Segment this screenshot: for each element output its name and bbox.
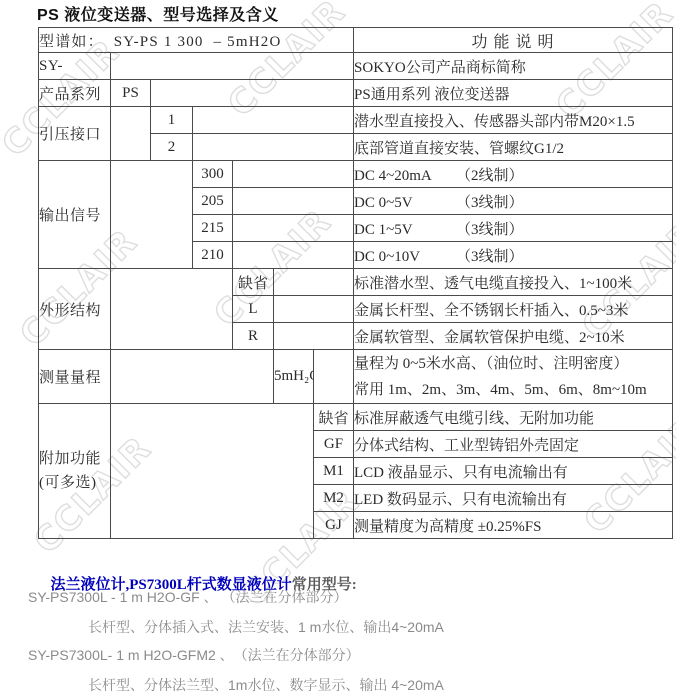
additional-function-code: 缺省 xyxy=(314,404,354,431)
model-description: 长杆型、分体插入式、法兰安装、1 m水位、输出4~20mA xyxy=(88,617,676,637)
structure-code: 缺省 xyxy=(233,269,274,296)
empty-cell xyxy=(151,80,354,107)
range-desc-line1: 量程为 0~5米水高、（油位时、注明密度） xyxy=(354,351,672,377)
empty-cell xyxy=(274,269,354,296)
model-example: 型谱如： SY-PS 1 300 – 5mH2O xyxy=(39,28,354,53)
output-signal-code: 300 xyxy=(193,161,233,188)
signal-range: DC 0~10V xyxy=(354,249,456,266)
model-number: SY-PS7300L- 1 m H2O-GFM2 、 （法兰在分体部分） xyxy=(28,645,676,665)
empty-cell xyxy=(233,161,354,188)
model-spec-table: 型谱如： SY-PS 1 300 – 5mH2O 功 能 说 明 SY- SOK… xyxy=(38,27,673,539)
page: CCLAIR CCLAIR CCLAIR CCLAIR CCLAIR CCLAI… xyxy=(0,0,676,696)
output-signal-code: 210 xyxy=(193,242,233,269)
brand-desc: SOKYO公司产品商标简称 xyxy=(354,53,673,80)
empty-cell xyxy=(274,296,354,323)
empty-cell xyxy=(111,53,354,80)
model-number: SY-PS7300L - 1 m H2O-GF 、 （法兰在分体部分） xyxy=(28,587,676,607)
output-signal-desc: DC 0~5V（3线制） xyxy=(354,188,673,215)
range-code: 5mH₂O xyxy=(274,350,314,404)
wire-type: （2线制） xyxy=(456,168,524,184)
additional-function-desc: LED 数码显示、只有电流输出有 xyxy=(354,485,673,512)
empty-cell xyxy=(111,161,193,269)
additional-function-label: 附加功能 (可多选) xyxy=(39,404,111,539)
signal-range: DC 4~20mA xyxy=(354,168,456,185)
output-signal-label: 输出信号 xyxy=(39,161,111,269)
empty-cell xyxy=(233,215,354,242)
wire-type: （3线制） xyxy=(456,249,524,265)
output-signal-code: 215 xyxy=(193,215,233,242)
output-signal-desc: DC 0~10V（3线制） xyxy=(354,242,673,269)
additional-function-code: GJ xyxy=(314,512,354,539)
structure-code: L xyxy=(233,296,274,323)
signal-range: DC 0~5V xyxy=(354,195,456,212)
empty-cell xyxy=(274,323,354,350)
additional-function-desc: 分体式结构、工业型铸铝外壳固定 xyxy=(354,431,673,458)
additional-function-label-line1: 附加功能 xyxy=(39,447,110,471)
additional-function-desc: 测量精度为高精度 ±0.25%FS xyxy=(354,512,673,539)
series-desc: PS通用系列 液位变送器 xyxy=(354,80,673,107)
structure-desc: 金属长杆型、全不锈钢长杆插入、0.5~3米 xyxy=(354,296,673,323)
series-code: PS xyxy=(111,80,151,107)
model-description: 长杆型、分体法兰型、1m水位、数字显示、输出 4~20mA xyxy=(88,675,676,695)
output-signal-code: 205 xyxy=(193,188,233,215)
empty-cell xyxy=(233,188,354,215)
pressure-port-code: 2 xyxy=(151,134,193,161)
range-label: 测量量程 xyxy=(39,350,111,404)
empty-cell xyxy=(193,107,354,134)
output-signal-desc: DC 1~5V（3线制） xyxy=(354,215,673,242)
structure-label: 外形结构 xyxy=(39,269,111,350)
empty-cell xyxy=(111,350,274,404)
series-label: 产品系列 xyxy=(39,80,111,107)
structure-code: R xyxy=(233,323,274,350)
empty-cell xyxy=(111,107,151,161)
wire-type: （3线制） xyxy=(456,222,524,238)
pressure-port-code: 1 xyxy=(151,107,193,134)
pressure-port-desc: 潜水型直接投入、传感器头部内带M20×1.5 xyxy=(354,107,673,134)
signal-range: DC 1~5V xyxy=(354,222,456,239)
additional-function-desc: LCD 液晶显示、只有电流输出有 xyxy=(354,458,673,485)
output-signal-desc: DC 4~20mA（2线制） xyxy=(354,161,673,188)
brand-code: SY- xyxy=(39,53,111,80)
page-title: PS 液位变送器、型号选择及含义 xyxy=(37,2,279,25)
additional-function-code: GF xyxy=(314,431,354,458)
range-desc: 量程为 0~5米水高、（油位时、注明密度） 常用 1m、2m、3m、4m、5m、… xyxy=(354,350,673,404)
structure-desc: 金属软管型、金属软管保护电缆、2~10米 xyxy=(354,323,673,350)
empty-cell xyxy=(314,350,354,404)
additional-function-label-line2: (可多选) xyxy=(39,471,110,495)
wire-type: （3线制） xyxy=(456,195,524,211)
additional-function-code: M1 xyxy=(314,458,354,485)
empty-cell xyxy=(193,134,354,161)
empty-cell xyxy=(111,404,314,539)
empty-cell xyxy=(111,269,233,350)
pressure-port-label: 引压接口 xyxy=(39,107,111,161)
structure-desc: 标准潜水型、透气电缆直接投入、1~100米 xyxy=(354,269,673,296)
additional-function-code: M2 xyxy=(314,485,354,512)
range-desc-line2: 常用 1m、2m、3m、4m、5m、6m、8m~10m xyxy=(354,377,672,403)
pressure-port-desc: 底部管道直接安装、管螺纹G1/2 xyxy=(354,134,673,161)
function-description-header: 功 能 说 明 xyxy=(354,28,673,53)
additional-function-desc: 标准屏蔽透气电缆引线、无附加功能 xyxy=(354,404,673,431)
empty-cell xyxy=(233,242,354,269)
